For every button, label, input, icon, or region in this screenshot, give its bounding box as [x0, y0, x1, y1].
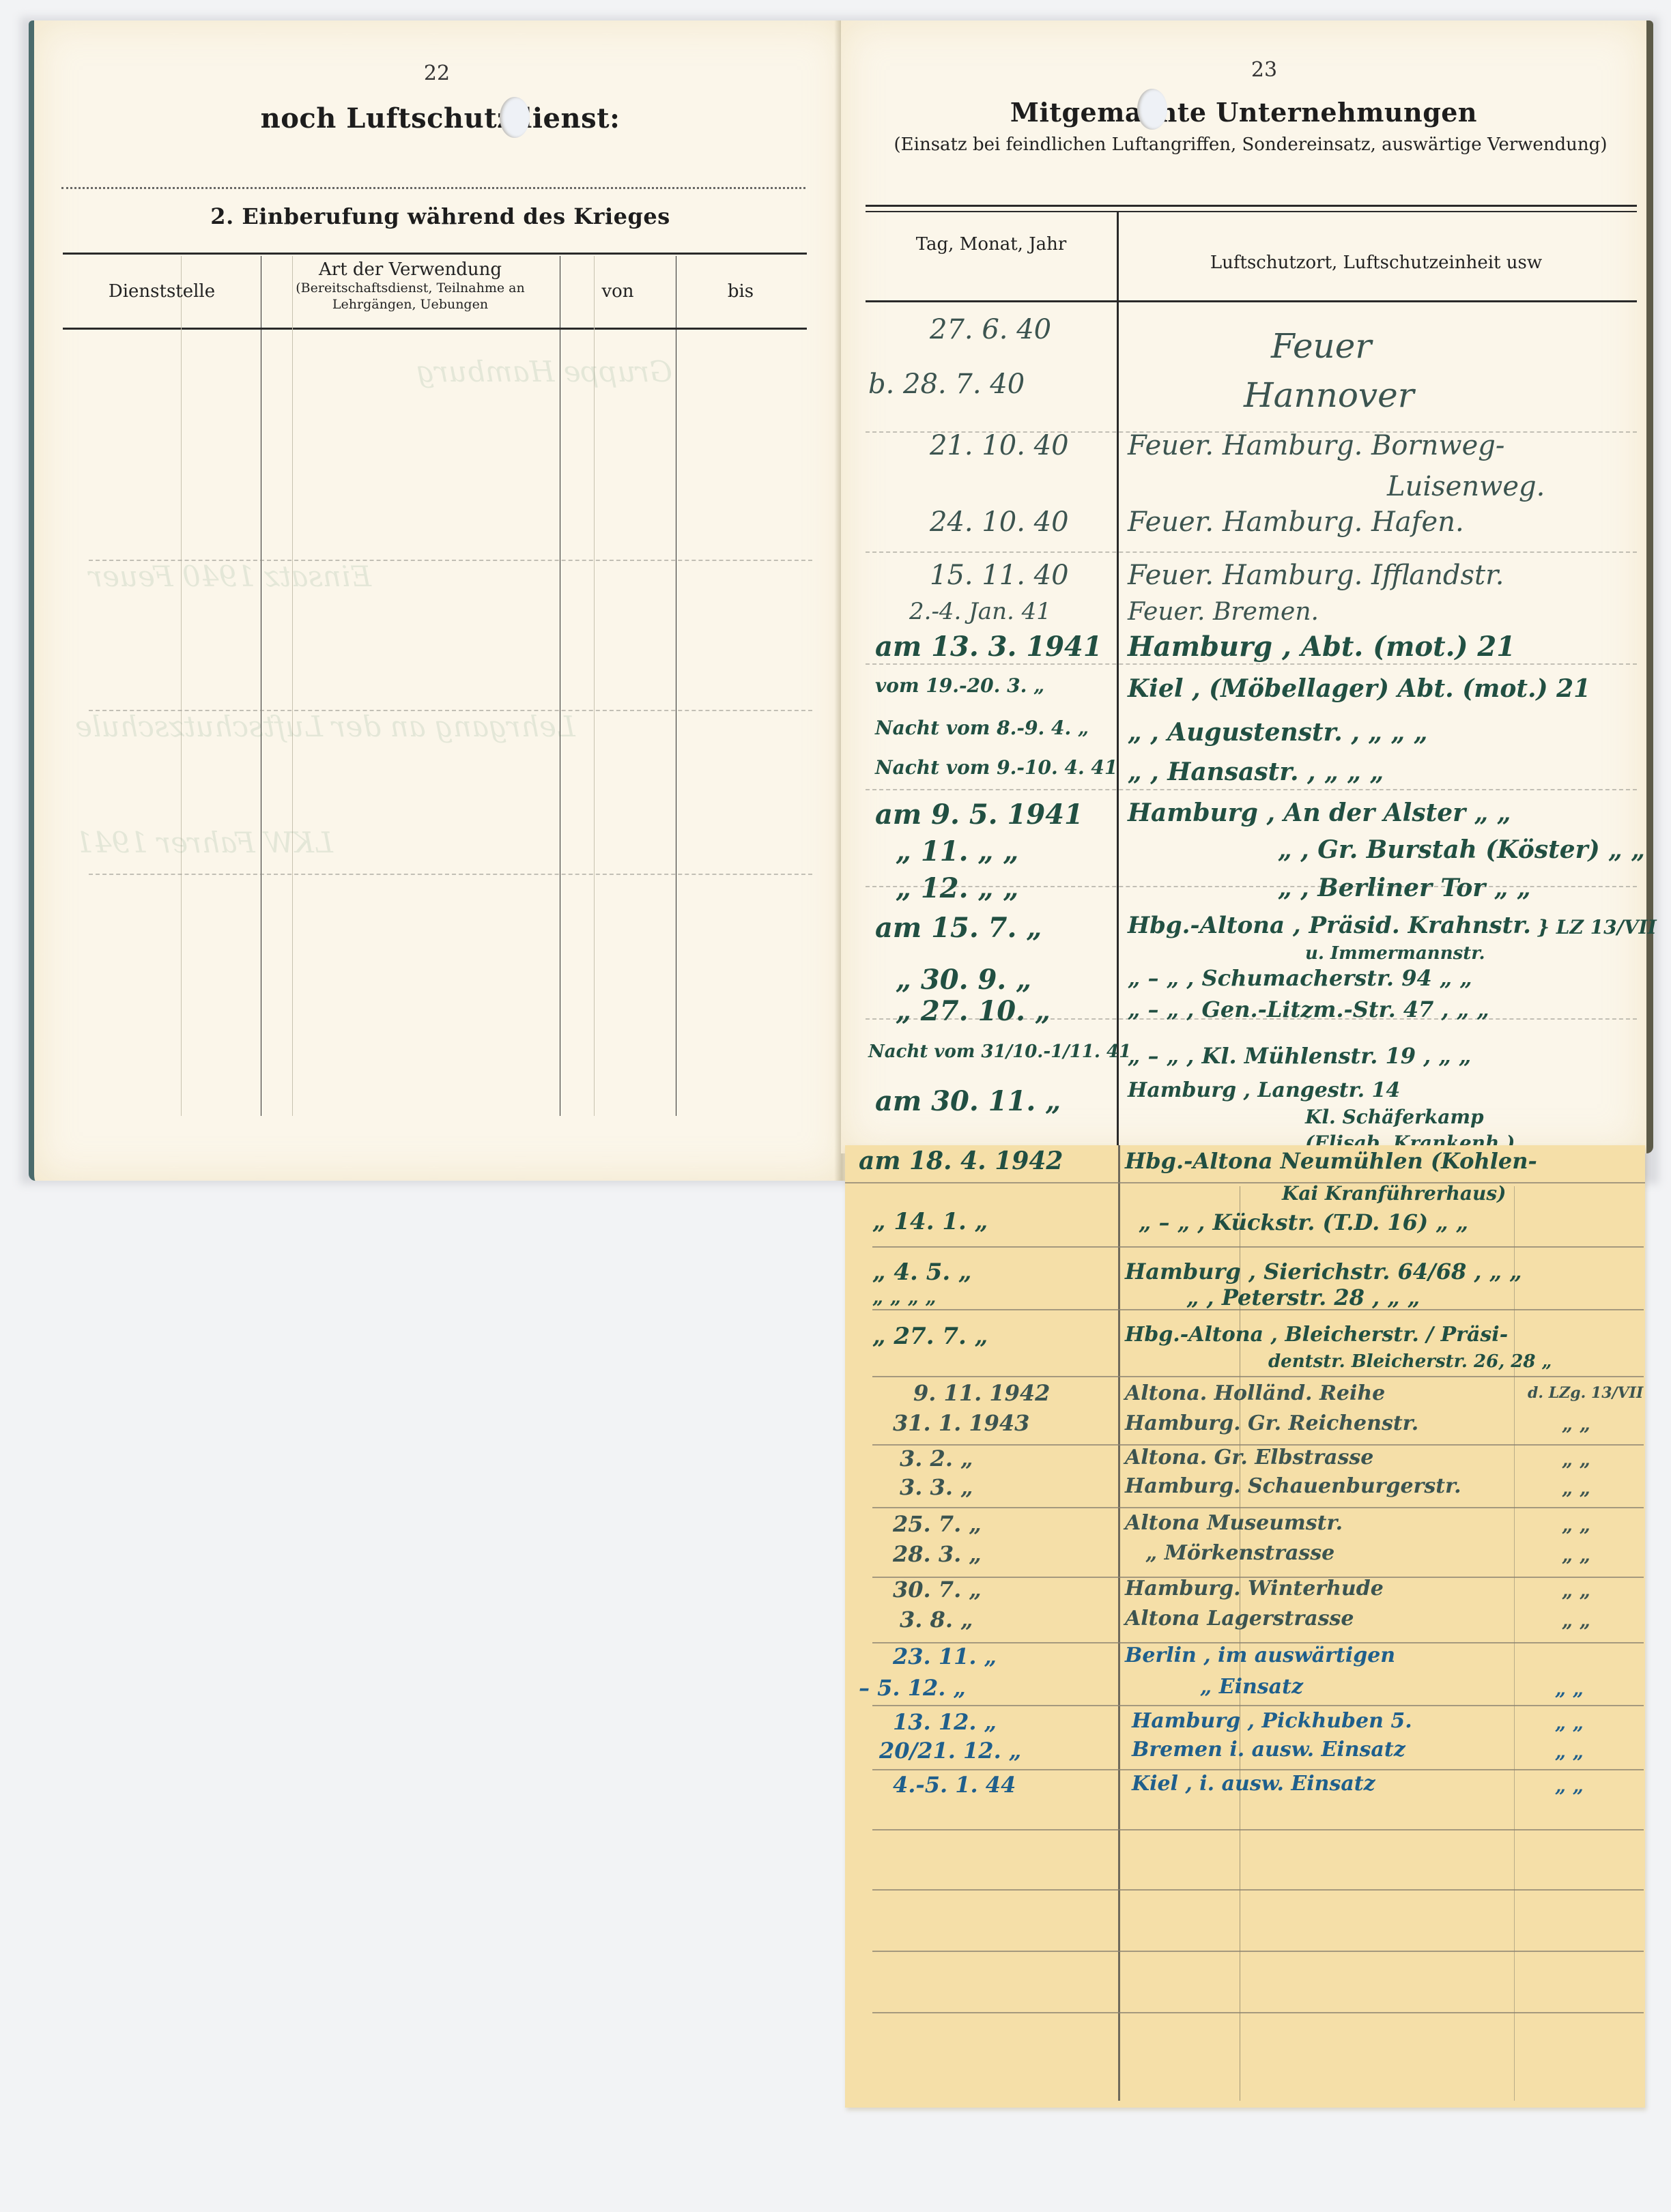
- row-rule: [872, 1507, 1644, 1508]
- row-rule: [845, 1182, 1645, 1183]
- page-title: noch Luftschutzdienst:: [34, 102, 846, 134]
- entry-date: „ 12. „ „: [896, 872, 1018, 904]
- entry-date: 2.-4. Jan. 41: [909, 598, 1051, 625]
- row-rule: [872, 1376, 1644, 1377]
- entry-date: Nacht vom 8.-9. 4. „: [875, 717, 1089, 739]
- entry-note: } LZ 13/VII: [1537, 916, 1657, 938]
- section-rule: [61, 187, 805, 189]
- entry-date: Nacht vom 31/10.-1/11. 41: [868, 1042, 1131, 1062]
- entry-date: 4.-5. 1. 44: [893, 1772, 1016, 1798]
- entry-place: Bremen i. ausw. Einsatz: [1132, 1738, 1405, 1762]
- column-header-date: Tag, Monat, Jahr: [866, 231, 1117, 258]
- entry-place: Hamburg. Gr. Reichenstr.: [1125, 1411, 1418, 1435]
- punch-hole: [1137, 89, 1167, 130]
- entry-date: Nacht vom 9.-10. 4. 41: [875, 756, 1117, 779]
- page-subtitle: (Einsatz bei feindlichen Luftangriffen, …: [882, 132, 1619, 157]
- page-title: Mitgemachte Unternehmungen: [841, 97, 1646, 128]
- section-title: 2. Einberufung während des Krieges: [34, 203, 846, 229]
- row-rule: [866, 551, 1637, 553]
- entry-place: Hbg.-Altona Neumühlen (Kohlen-: [1125, 1148, 1537, 1174]
- entry-date: 24. 10. 40: [930, 506, 1069, 538]
- entry-note: „ „: [1562, 1514, 1590, 1536]
- entry-date: „ 30. 9. „: [896, 964, 1031, 996]
- entry-date: 21. 10. 40: [930, 430, 1069, 461]
- bleed-through-ink: Einsatz 1940 Feuer: [89, 560, 371, 593]
- punch-hole: [500, 97, 530, 138]
- entry-place: Hbg.-Altona , Bleicherstr. / Präsi-: [1125, 1323, 1508, 1347]
- entry-place: Hbg.-Altona , Präsid. Krahnstr.: [1128, 912, 1531, 939]
- entry-place: Hamburg , An der Alster „ „: [1128, 799, 1511, 827]
- entry-place: „ , Gr. Burstah (Köster) „ „: [1278, 835, 1645, 864]
- entry-place: „ – „ , Kückstr. (T.D. 16) „ „: [1139, 1209, 1468, 1235]
- column-header-place: Luftschutzort, Luftschutzeinheit usw: [1117, 253, 1636, 273]
- row-rule: [866, 789, 1637, 790]
- entry-date: 20/21. 12. „: [879, 1738, 1021, 1764]
- bleed-through-ink: Lehrgang an der Luftschutzschule: [75, 710, 575, 743]
- column-header-von: von: [560, 281, 676, 302]
- table-header-rule: [866, 300, 1637, 302]
- entry-date: „ „ „ „: [872, 1286, 937, 1308]
- entry-place: Feuer. Hamburg. Hafen.: [1128, 506, 1464, 538]
- entry-place-continued: Luisenweg.: [1387, 471, 1545, 502]
- entry-note: „ „: [1555, 1740, 1584, 1763]
- entry-date: 31. 1. 1943: [893, 1410, 1029, 1436]
- row-rule: [872, 2012, 1644, 2013]
- entry-date: „ 4. 5. „: [872, 1259, 972, 1286]
- entry-date: „ 11. „ „: [896, 835, 1018, 867]
- right-page: 23 Mitgemachte Unternehmungen (Einsatz b…: [841, 20, 1653, 1153]
- entry-place: Kiel , i. ausw. Einsatz: [1132, 1772, 1375, 1796]
- entry-place: Altona. Gr. Elbstrasse: [1125, 1446, 1373, 1469]
- entry-place: Feuer. Hamburg. Ifflandstr.: [1128, 560, 1504, 591]
- column-divider: [1118, 1145, 1120, 2101]
- entry-date: 23. 11. „: [893, 1643, 997, 1669]
- entry-place: „ – „ , Kl. Mühlenstr. 19 , „ „: [1128, 1043, 1471, 1069]
- column-divider: [1117, 212, 1119, 1153]
- header-label: Art der Verwendung: [261, 259, 560, 280]
- header-sublabel: (Bereitschaftsdienst, Teilnahme an Lehrg…: [261, 280, 560, 313]
- entry-place: Hamburg , Abt. (mot.) 21: [1128, 631, 1515, 663]
- entry-place: „ Einsatz: [1200, 1675, 1303, 1699]
- table-top-rule: [866, 205, 1637, 212]
- row-rule: [872, 1705, 1644, 1706]
- entry-note: „ „: [1562, 1448, 1590, 1471]
- entry-place-continued: Kl. Schäferkamp: [1305, 1106, 1484, 1128]
- entry-note: „ „: [1562, 1609, 1590, 1632]
- page-number: 23: [1223, 58, 1305, 82]
- entry-date: 3. 8. „: [900, 1607, 973, 1633]
- entry-place: „ – „ , Gen.-Litzm.-Str. 47 , „ „: [1128, 996, 1489, 1022]
- entry-place: Feuer. Bremen.: [1128, 598, 1319, 626]
- entry-date: 15. 11. 40: [930, 560, 1069, 591]
- entry-place: Hamburg , Langestr. 14: [1128, 1078, 1400, 1102]
- entry-date: „ 14. 1. „: [872, 1208, 988, 1235]
- entry-date: 30. 7. „: [893, 1577, 982, 1603]
- row-rule: [872, 1829, 1644, 1830]
- column-divider: [261, 256, 261, 1116]
- entry-date: 27. 6. 40: [930, 314, 1051, 345]
- left-page: 22 noch Luftschutzdienst: 2. Einberufung…: [29, 20, 846, 1181]
- entry-note: „ „: [1555, 1678, 1584, 1700]
- entry-place: „ , Peterstr. 28 , „ „: [1186, 1284, 1420, 1310]
- table-header-rule: [63, 328, 807, 330]
- entry-place: Altona Lagerstrasse: [1125, 1607, 1354, 1631]
- entry-place: „ Mörkenstrasse: [1145, 1541, 1334, 1565]
- entry-place: Altona. Holländ. Reihe: [1125, 1381, 1385, 1405]
- column-header-bis: bis: [676, 281, 805, 302]
- entry-place: Feuer: [1271, 326, 1371, 366]
- row-rule: [89, 874, 812, 875]
- entry-date: 13. 12. „: [893, 1709, 997, 1735]
- entry-note: „ „: [1562, 1477, 1590, 1499]
- column-header-dienststelle: Dienststelle: [63, 281, 261, 302]
- entry-note: „ „: [1562, 1579, 1590, 1602]
- column-divider: [676, 256, 676, 1116]
- column-divider: [292, 256, 293, 1116]
- entry-place: Hamburg , Sierichstr. 64/68 , „ „: [1125, 1259, 1522, 1284]
- row-rule: [872, 1951, 1644, 1952]
- bleed-through-ink: LKW Fahrer 1941: [75, 826, 333, 859]
- column-divider: [1514, 1186, 1515, 2101]
- entry-place: „ , Berliner Tor „ „: [1278, 874, 1531, 902]
- entry-note: „ „: [1562, 1544, 1590, 1566]
- entry-date: 28. 3. „: [893, 1541, 982, 1567]
- entry-date: 25. 7. „: [893, 1511, 982, 1537]
- entry-note: „ „: [1555, 1775, 1584, 1797]
- entry-date: am 15. 7. „: [875, 912, 1042, 944]
- entry-place: Kiel , (Möbellager) Abt. (mot.) 21: [1128, 674, 1590, 703]
- entry-place-continued: Kai Kranführerhaus): [1282, 1182, 1506, 1205]
- entry-place: Berlin , im auswärtigen: [1125, 1643, 1395, 1667]
- entry-place: „ , Augustenstr. , „ „ „: [1128, 718, 1428, 747]
- entry-place: Hamburg. Winterhude: [1125, 1577, 1384, 1600]
- attached-sheet: am 18. 4. 1942 Hbg.-Altona Neumühlen (Ko…: [845, 1145, 1645, 2108]
- entry-note: d. LZg. 13/VII: [1528, 1384, 1643, 1402]
- table-top-rule: [63, 253, 807, 255]
- entry-place: Altona Museumstr.: [1125, 1511, 1343, 1535]
- column-divider: [181, 256, 182, 1116]
- bleed-through-ink: Gruppe Hamburg: [416, 355, 672, 388]
- entry-date: – 5. 12. „: [859, 1675, 966, 1701]
- row-rule: [866, 663, 1637, 665]
- row-rule: [872, 1889, 1644, 1891]
- entry-note: „ „: [1555, 1712, 1584, 1734]
- entry-date: am 13. 3. 1941: [875, 631, 1102, 663]
- entry-place: Hamburg , Pickhuben 5.: [1132, 1709, 1412, 1733]
- entry-note: „ „: [1562, 1413, 1590, 1435]
- entry-place: „ – „ , Schumacherstr. 94 „ „: [1128, 965, 1472, 991]
- row-rule: [872, 1769, 1644, 1770]
- entry-date: 9. 11. 1942: [913, 1380, 1050, 1406]
- entry-date: vom 19.-20. 3. „: [875, 674, 1044, 697]
- entry-place-continued: u. Immermannstr.: [1305, 943, 1485, 964]
- row-rule: [872, 1246, 1644, 1248]
- entry-place: Hamburg. Schauenburgerstr.: [1125, 1474, 1461, 1498]
- page-number: 22: [396, 61, 478, 85]
- entry-date: 3. 2. „: [900, 1446, 973, 1471]
- entry-place: Feuer. Hamburg. Bornweg-: [1128, 430, 1504, 461]
- entry-place-continued: dentstr. Bleicherstr. 26, 28 „: [1268, 1351, 1552, 1372]
- entry-date: am 18. 4. 1942: [859, 1147, 1063, 1175]
- entry-date: „ 27. 10. „: [896, 995, 1051, 1027]
- entry-place: Hannover: [1244, 375, 1414, 415]
- entry-date: am 30. 11. „: [875, 1085, 1061, 1117]
- entry-date: b. 28. 7. 40: [868, 369, 1025, 400]
- entry-place: „ , Hansastr. , „ „ „: [1128, 758, 1384, 786]
- column-header-art-der-verwendung: Art der Verwendung (Bereitschaftsdienst,…: [261, 259, 560, 313]
- entry-date: am 9. 5. 1941: [875, 799, 1083, 831]
- entry-date: 3. 3. „: [900, 1474, 973, 1500]
- entry-date: „ 27. 7. „: [872, 1323, 988, 1350]
